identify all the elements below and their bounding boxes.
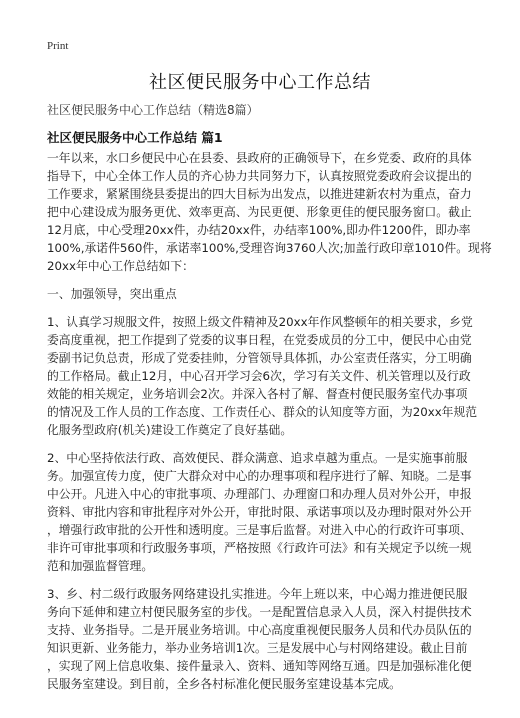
text-line: 100%,承诺件560件，承诺率100%,受理咨询3760人次;加盖行政印章10… (47, 239, 487, 257)
text-line: 范和加强监督管理。 (47, 557, 487, 575)
document-body: 一年以来，水口乡便民中心在县委、县政府的正确领导下，在乡党委、政府的具体 指导下… (47, 149, 487, 703)
text-line: 1、认真学习规服文件，按照上级文件精神及20xx年作风整顿年的相关要求，乡党 (47, 313, 487, 331)
text-line: 一年以来，水口乡便民中心在县委、县政府的正确领导下，在乡党委、政府的具体 (47, 149, 487, 167)
text-line: 知识更新、业务能力，举办业务培训1次。三是发展中心与村网络建设。截止目前 (47, 639, 487, 657)
paragraph-item-1: 1、认真学习规服文件，按照上级文件精神及20xx年作风整顿年的相关要求，乡党 委… (47, 313, 487, 439)
text-line: 委高度重视，把工作提到了党委的议事日程，在党委成员的分工中，便民中心由党 (47, 331, 487, 349)
text-line: 把中心建设成为服务更优、效率更高、为民更便、形象更佳的便民服务窗口。截止 (47, 203, 487, 221)
text-line: 中公开。凡进入中心的审批事项、办理部门、办理窗口和办理人员对外公开，申报 (47, 485, 487, 503)
document-page: Print 社区便民服务中心工作总结 社区便民服务中心工作总结（精选8篇） 社区… (0, 0, 520, 718)
text-line: 指导下，中心全体工作人员的齐心协力共同努力下，认真按照党委政府会议提出的 (47, 167, 487, 185)
text-line: 的情况及工作人员的工作态度、工作责任心、群众的认知度等方面，为20xx年规范 (47, 403, 487, 421)
text-line: 民服务室建设。到目前，全乡各村标准化便民服务室建设基本完成。 (47, 675, 487, 693)
text-line: 非许可审批事项和行政服务事项，严格按照《行政许可法》和有关规定予以统一规 (47, 539, 487, 557)
section-heading: 社区便民服务中心工作总结 篇1 (47, 128, 223, 146)
paragraph-intro: 一年以来，水口乡便民中心在县委、县政府的正确领导下，在乡党委、政府的具体 指导下… (47, 149, 487, 275)
paragraph-item-3: 3、乡、村二级行政服务网络建设扎实推进。今年上班以来，中心竭力推进便民服 务向下… (47, 585, 487, 693)
text-line: 20xx年中心工作总结如下： (47, 257, 487, 275)
text-line: 委副书记负总责，形成了党委挂帅，分管领导具体抓，办公室责任落实，分工明确 (47, 349, 487, 367)
text-line: 资料、审批内容和审批程序对外公开，审批时限、承诺事项以及办理时限对外公开 (47, 503, 487, 521)
text-line: 务向下延伸和建立村便民服务室的步伐。一是配置信息录入人员，深入村提供技术 (47, 603, 487, 621)
text-line: 3、乡、村二级行政服务网络建设扎实推进。今年上班以来，中心竭力推进便民服 (47, 585, 487, 603)
text-line: ，增强行政审批的公开性和透明度。三是事后监督。对进入中心的行政许可事项、 (47, 521, 487, 539)
print-label: Print (47, 40, 68, 52)
subheading-leadership: 一、加强领导，突出重点 (47, 285, 487, 303)
text-line: 2、中心坚持依法行政、高效便民、群众满意、追求卓越为重点。一是实施事前服 (47, 449, 487, 467)
text-line: 工作要求，紧紧围绕县委提出的四大目标为出发点，以推进建新农村为重点，奋力 (47, 185, 487, 203)
text-line: 的工作格局。截止12月，中心召开学习会6次，学习有关文件、机关管理以及行政 (47, 367, 487, 385)
page-title: 社区便民服务中心工作总结 (0, 68, 520, 94)
text-line: 支持、业务指导。二是开展业务培训。中心高度重视便民服务人员和代办员队伍的 (47, 621, 487, 639)
text-line: 效能的相关规定，业务培训会2次。并深入各村了解、督查村便民服务室代办事项 (47, 385, 487, 403)
text-line: 一、加强领导，突出重点 (47, 285, 487, 303)
paragraph-item-2: 2、中心坚持依法行政、高效便民、群众满意、追求卓越为重点。一是实施事前服 务。加… (47, 449, 487, 575)
text-line: ，实现了网上信息收集、接件量录入、资料、通知等网络互通。四是加强标准化便 (47, 657, 487, 675)
text-line: 化服务型政府(机关)建设工作奠定了良好基础。 (47, 421, 487, 439)
text-line: 12月底，中心受理20xx件，办结20xx件，办结率100%,即办件1200件，… (47, 221, 487, 239)
document-subtitle: 社区便民服务中心工作总结（精选8篇） (47, 101, 259, 118)
text-line: 务。加强宣传力度，使广大群众对中心的办理事项和程序进行了解、知晓。二是事 (47, 467, 487, 485)
